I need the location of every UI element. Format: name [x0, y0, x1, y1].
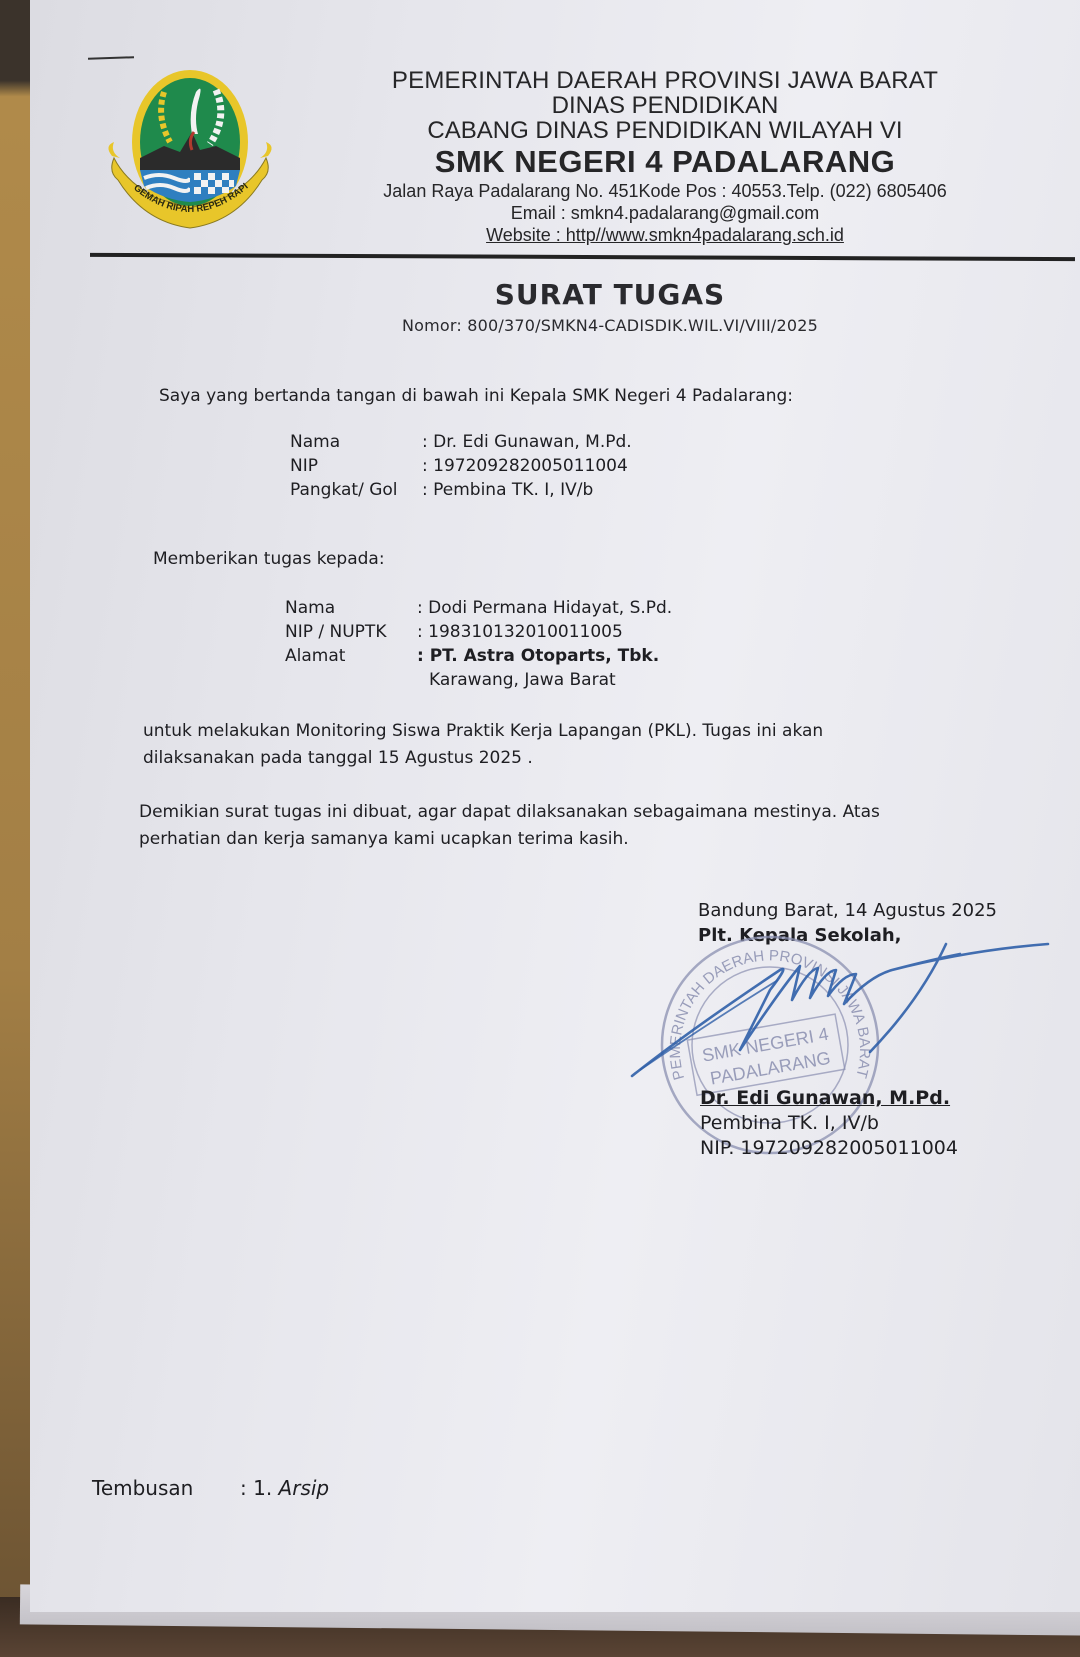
desk-background	[0, 0, 34, 1610]
closing-text-line2: perhatian dan kerja samanya kami ucapkan…	[139, 829, 629, 849]
signer-name: Dr. Edi Gunawan, M.Pd.	[700, 1086, 958, 1111]
letterhead-school-name: SMK NEGERI 4 PADALARANG	[300, 144, 1030, 180]
carbon-copy-label: Tembusan	[92, 1476, 240, 1500]
field-label: Nama	[290, 430, 422, 454]
field-value: Karawang, Jawa Barat	[429, 668, 616, 692]
west-java-coat-of-arms-icon: GEMAH RIPAH REPEH RAPIH	[104, 62, 276, 238]
assignee-details: Nama: Dodi Permana Hidayat, S.Pd. NIP / …	[285, 596, 672, 692]
assignee-row-address-line2: Karawang, Jawa Barat	[285, 668, 672, 692]
intro-text: Saya yang bertanda tangan di bawah ini K…	[159, 386, 793, 406]
field-value: : Pembina TK. I, IV/b	[422, 478, 593, 502]
document-number: Nomor: 800/370/SMKN4-CADISDIK.WIL.VI/VII…	[310, 316, 910, 335]
field-label: Pangkat/ Gol	[290, 478, 422, 502]
letterhead-divider	[90, 253, 1075, 261]
assignment-intro: Memberikan tugas kepada:	[153, 549, 385, 569]
carbon-copy-number: : 1.	[240, 1476, 272, 1500]
letterhead-branch: CABANG DINAS PENDIDIKAN WILAYAH VI	[300, 118, 1030, 144]
signature-place-date: Bandung Barat, 14 Agustus 2025	[698, 898, 997, 923]
issuer-row-rank: Pangkat/ Gol: Pembina TK. I, IV/b	[290, 478, 632, 502]
field-value: : Dodi Permana Hidayat, S.Pd.	[417, 596, 672, 620]
pen-mark	[88, 56, 134, 60]
signer-block: Dr. Edi Gunawan, M.Pd. Pembina TK. I, IV…	[700, 1086, 958, 1161]
carbon-copy: Tembusan: 1. Arsip	[92, 1476, 329, 1500]
letterhead-department: DINAS PENDIDIKAN	[300, 93, 1030, 118]
document-title: SURAT TUGAS	[330, 278, 890, 311]
assignee-row-nip: NIP / NUPTK: 198310132010011005	[285, 620, 672, 644]
field-value: : Dr. Edi Gunawan, M.Pd.	[422, 430, 632, 454]
letterhead-email: Email : smkn4.padalarang@gmail.com	[300, 202, 1030, 224]
carbon-copy-item: Arsip	[279, 1476, 330, 1500]
field-label: NIP / NUPTK	[285, 620, 417, 644]
field-value: : 197209282005011004	[422, 454, 628, 478]
assignee-row-address: Alamat: PT. Astra Otoparts, Tbk.	[285, 644, 672, 668]
closing-text-line1: Demikian surat tugas ini dibuat, agar da…	[139, 802, 880, 822]
field-label: Alamat	[285, 644, 417, 668]
field-label: NIP	[290, 454, 422, 478]
signer-nip: NIP. 197209282005011004	[700, 1136, 958, 1161]
task-text-line1: untuk melakukan Monitoring Siswa Praktik…	[143, 721, 823, 741]
issuer-row-name: Nama: Dr. Edi Gunawan, M.Pd.	[290, 430, 632, 454]
field-value: : 198310132010011005	[417, 620, 623, 644]
handwritten-signature-icon	[630, 930, 1050, 1090]
letterhead-government: PEMERINTAH DAERAH PROVINSI JAWA BARAT	[300, 68, 1030, 93]
assignee-row-name: Nama: Dodi Permana Hidayat, S.Pd.	[285, 596, 672, 620]
task-text-line2: dilaksanakan pada tanggal 15 Agustus 202…	[143, 748, 533, 768]
letterhead-website: Website : http//www.smkn4padalarang.sch.…	[300, 224, 1030, 246]
signer-rank: Pembina TK. I, IV/b	[700, 1111, 958, 1136]
field-label: Nama	[285, 596, 417, 620]
letterhead-address: Jalan Raya Padalarang No. 451Kode Pos : …	[300, 180, 1030, 202]
letterhead: PEMERINTAH DAERAH PROVINSI JAWA BARAT DI…	[300, 68, 1030, 246]
issuer-details: Nama: Dr. Edi Gunawan, M.Pd. NIP: 197209…	[290, 430, 632, 502]
issuer-row-nip: NIP: 197209282005011004	[290, 454, 632, 478]
field-value: : PT. Astra Otoparts, Tbk.	[417, 644, 659, 668]
letter-page: GEMAH RIPAH REPEH RAPIH PEMERINTAH DAERA…	[30, 0, 1080, 1612]
